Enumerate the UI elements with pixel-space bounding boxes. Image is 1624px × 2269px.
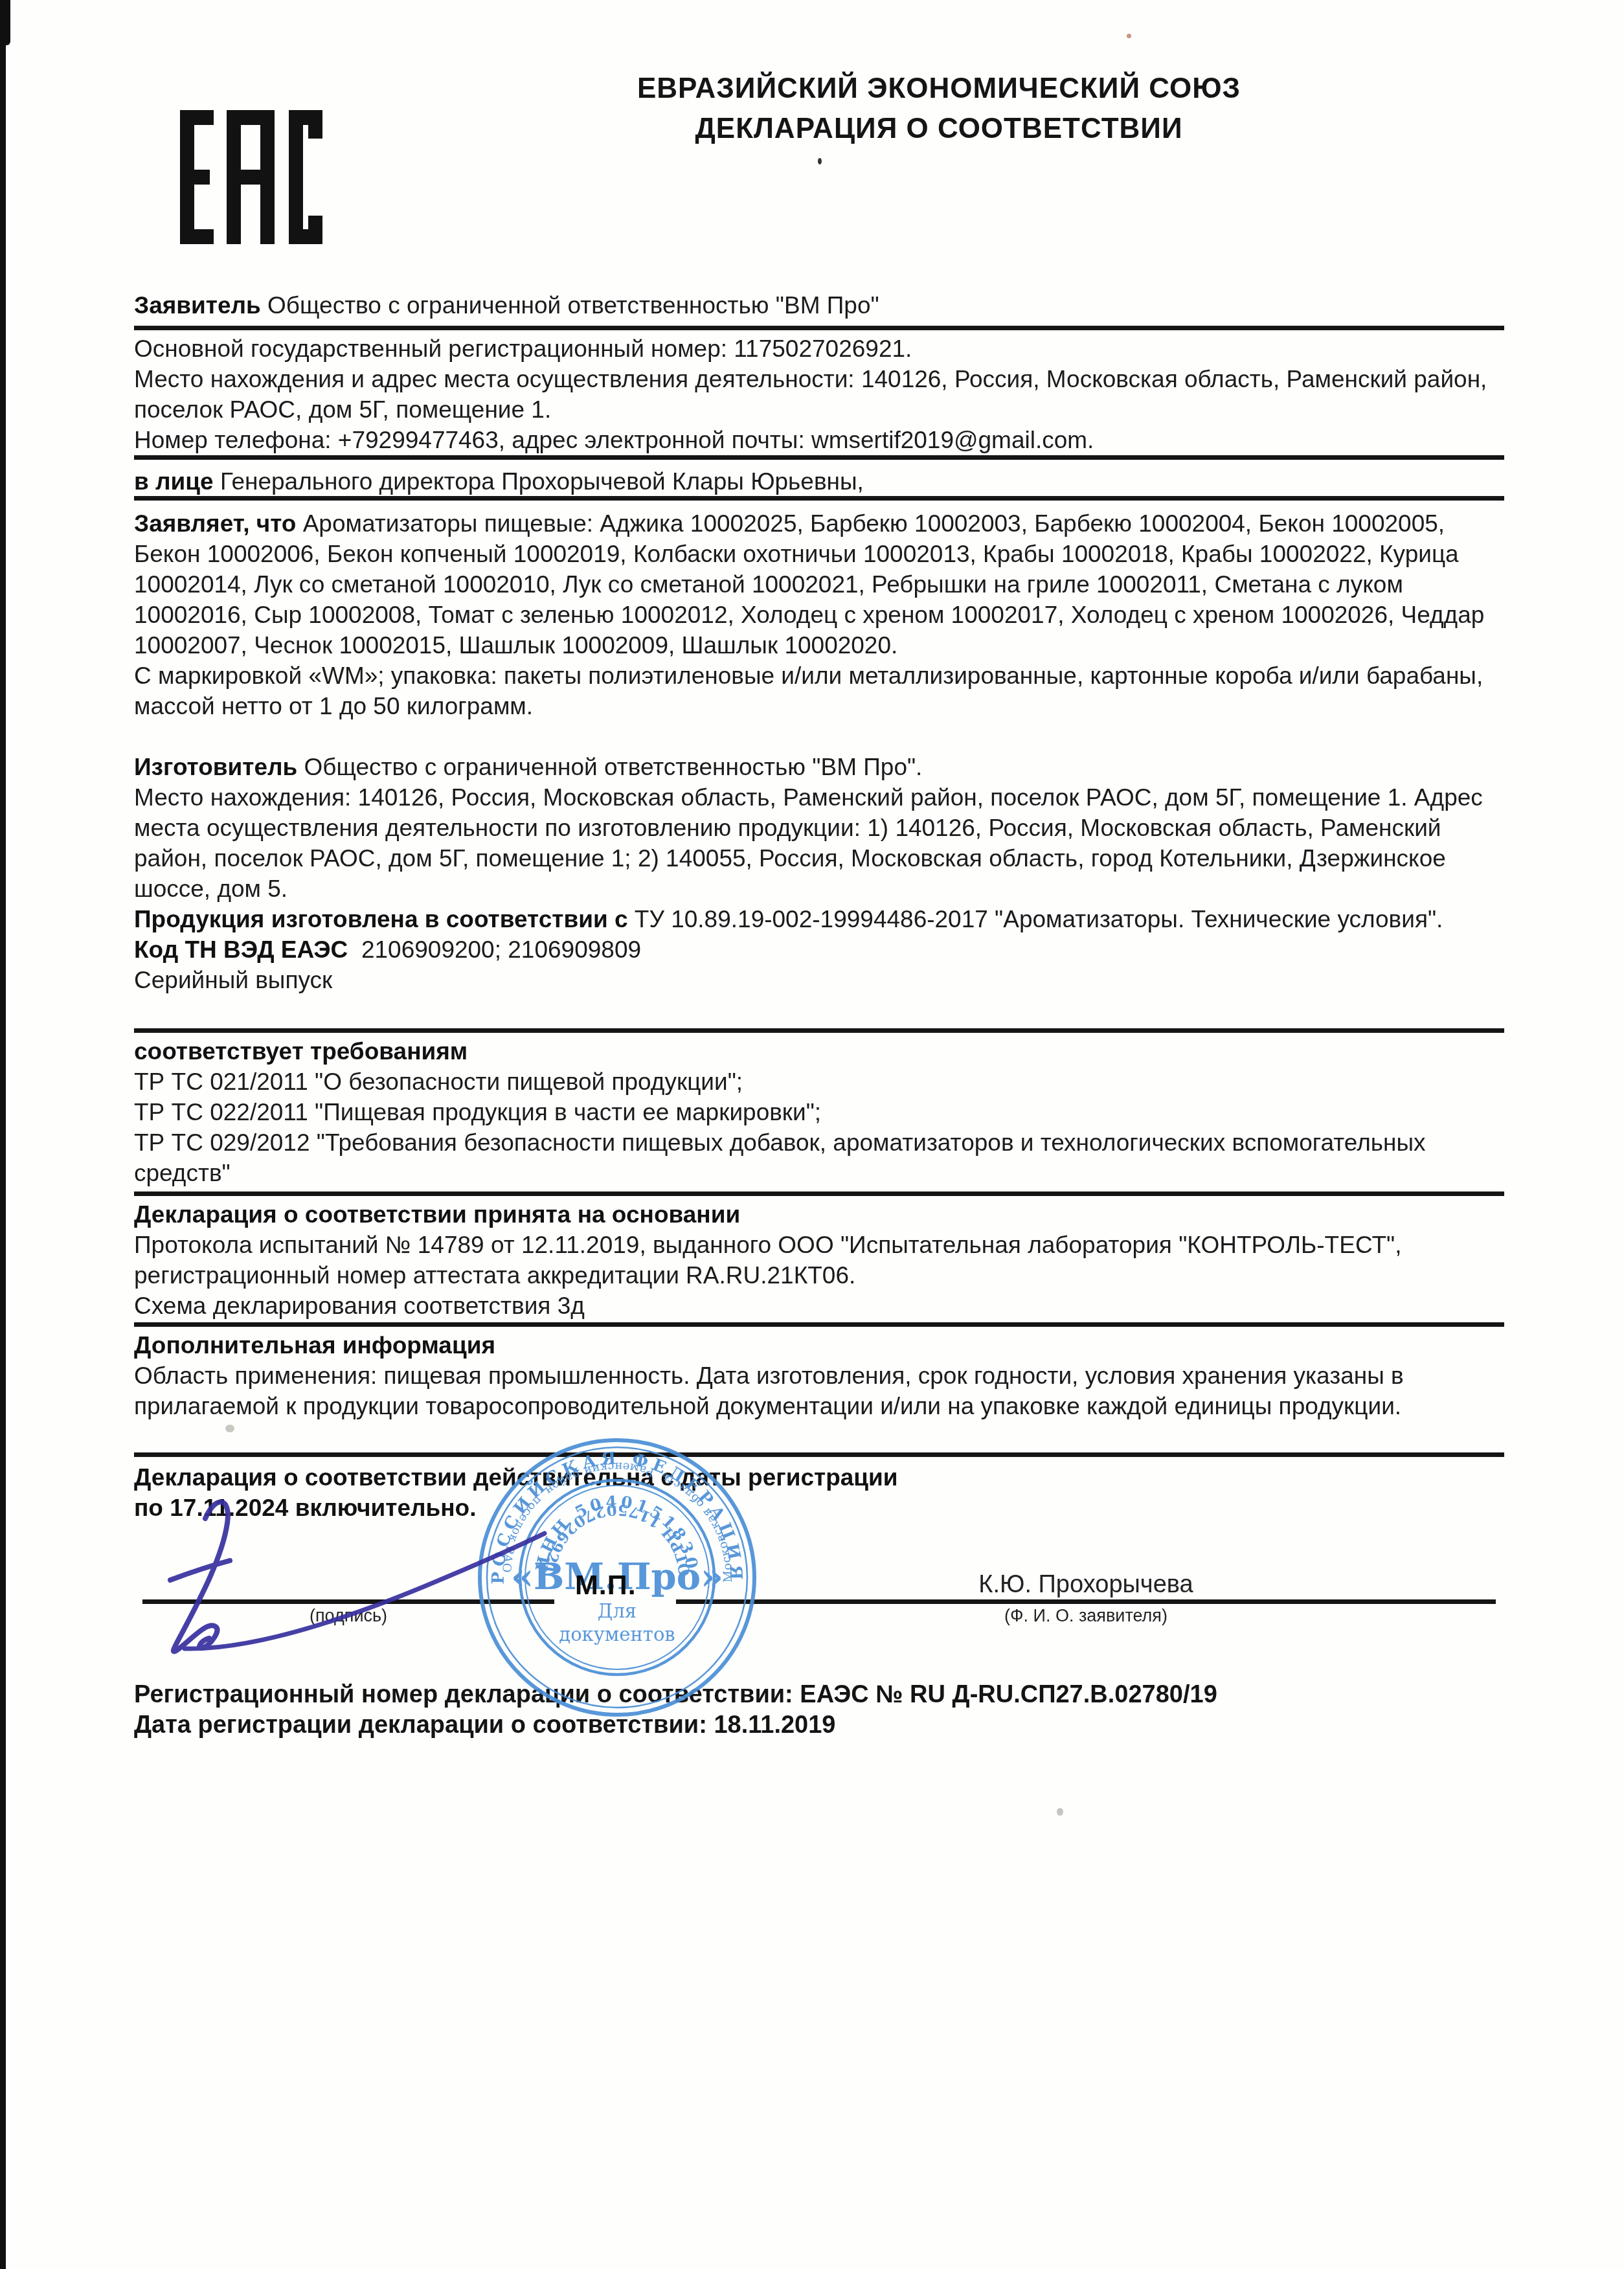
manufacturer-name: Общество с ограниченной ответственностью…: [304, 754, 923, 780]
representative-label: в лице: [134, 468, 214, 495]
applicant-ogrn: Основной государственный регистрационный…: [134, 333, 1504, 364]
mp-seal-mark: М.П.: [575, 1570, 637, 1601]
signer-name: К.Ю. Прохорычева: [676, 1571, 1496, 1599]
applicant-details: Основной государственный регистрационный…: [134, 333, 1504, 455]
regulation-item: ТР ТС 029/2012 "Требования безопасности …: [134, 1127, 1504, 1188]
signer-name-line: [676, 1599, 1496, 1604]
declares-label: Заявляет, что: [134, 510, 296, 537]
compliance-heading: соответствует требованиям: [134, 1036, 1504, 1067]
representative-name: Генерального директора Прохорычевой Клар…: [220, 468, 864, 495]
scan-speck: [1127, 34, 1131, 38]
divider: [134, 455, 1504, 460]
scan-speck: [1057, 1808, 1063, 1816]
tnved-value: 2106909200; 2106909809: [361, 936, 641, 963]
manufacturer-section: Изготовитель Общество с ограниченной отв…: [134, 752, 1504, 995]
title-declaration: ДЕКЛАРАЦИЯ О СООТВЕТСТВИИ: [253, 109, 1624, 149]
additional-text: Область применения: пищевая промышленнос…: [134, 1360, 1504, 1421]
scan-speck: [225, 1425, 234, 1432]
marking-packaging: С маркировкой «WM»; упаковка: пакеты пол…: [134, 660, 1504, 721]
additional-info-section: Дополнительная информация Область примен…: [134, 1330, 1504, 1421]
divider: [134, 1452, 1504, 1457]
scan-corner-artifact: [0, 0, 10, 45]
compliance-section: соответствует требованиям ТР ТС 021/2011…: [134, 1036, 1504, 1188]
divider: [134, 326, 1504, 330]
applicant-address: Место нахождения и адрес места осуществл…: [134, 364, 1504, 425]
regulation-item: ТР ТС 022/2011 "Пищевая продукция в част…: [134, 1097, 1504, 1127]
stamp-sub-line2: документов: [559, 1623, 675, 1645]
declaration-section: Заявляет, что Ароматизаторы пищевые: Адж…: [134, 508, 1504, 721]
applicant-label: Заявитель: [134, 292, 261, 319]
test-protocol: Протокола испытаний № 14789 от 12.11.201…: [134, 1230, 1504, 1291]
applicant-contacts: Номер телефона: +79299477463, адрес элек…: [134, 425, 1504, 455]
title-union: ЕВРАЗИЙСКИЙ ЭКОНОМИЧЕСКИЙ СОЮЗ: [253, 69, 1624, 109]
declaration-document: ЕВРАЗИЙСКИЙ ЭКОНОМИЧЕСКИЙ СОЮЗ ДЕКЛАРАЦИ…: [0, 0, 1624, 2269]
applicant-name: Общество с ограниченной ответственностью…: [267, 292, 879, 319]
signer-name-caption: (Ф. И. О. заявителя): [676, 1606, 1496, 1626]
representative-line: в лице Генерального директора Прохорычев…: [134, 466, 1504, 497]
additional-heading: Дополнительная информация: [134, 1330, 1504, 1360]
stamp-sub-line1: Для: [598, 1600, 637, 1622]
divider: [134, 1322, 1504, 1327]
scan-edge-artifact: [0, 0, 6, 2269]
tnved-label: Код ТН ВЭД ЕАЭС: [134, 936, 348, 963]
applicant-line: Заявитель Общество с ограниченной ответс…: [134, 290, 1504, 321]
divider: [134, 1028, 1504, 1033]
regulation-item: ТР ТС 021/2011 "О безопасности пищевой п…: [134, 1067, 1504, 1097]
declaration-scheme: Схема декларирования соответствия 3д: [134, 1291, 1504, 1321]
manufacturer-address: Место нахождения: 140126, Россия, Москов…: [134, 782, 1504, 904]
registration-section: Регистрационный номер декларации о соотв…: [134, 1680, 1546, 1741]
serial-issue: Серийный выпуск: [134, 965, 1504, 995]
divider: [134, 496, 1504, 501]
basis-section: Декларация о соответствии принята на осн…: [134, 1199, 1504, 1321]
registration-date: Дата регистрации декларации о соответств…: [134, 1710, 1546, 1741]
standard-value: ТУ 10.89.19-002-19994486-2017 "Ароматиза…: [635, 906, 1443, 932]
registration-number: Регистрационный номер декларации о соотв…: [134, 1680, 1546, 1710]
basis-heading: Декларация о соответствии принята на осн…: [134, 1199, 1504, 1230]
document-title: ЕВРАЗИЙСКИЙ ЭКОНОМИЧЕСКИЙ СОЮЗ ДЕКЛАРАЦИ…: [253, 69, 1624, 149]
scan-speck: [818, 158, 822, 164]
product-list: Ароматизаторы пищевые: Аджика 10002025, …: [134, 510, 1484, 659]
handwritten-signature: [133, 1483, 573, 1677]
manufacturer-label: Изготовитель: [134, 754, 297, 780]
standard-label: Продукция изготовлена в соответствии с: [134, 906, 628, 932]
divider: [134, 1191, 1504, 1196]
